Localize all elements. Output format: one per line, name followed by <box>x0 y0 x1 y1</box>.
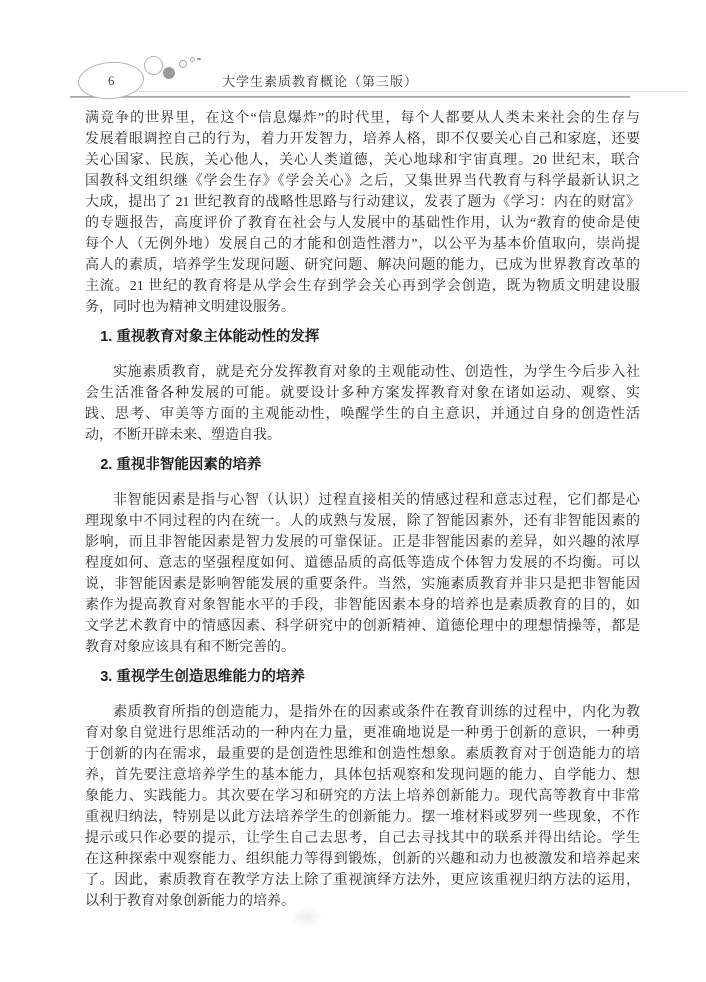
bubble-icon <box>144 56 163 75</box>
bubble-icon <box>190 57 195 62</box>
page-number: 6 <box>108 73 115 89</box>
text-line: 养，首先要注意培养学生的基本能力，具体包括观察和发现问题的能力、自学能力、想 <box>85 765 640 786</box>
paragraph: 满竞争的世界里，在这个“信息爆炸”的时代里，每个人都要从人类未来社会的生存与发展… <box>85 108 640 318</box>
text-line: 非智能因素是指与心智（认识）过程直接相关的情感过程和意志过程，它们都是心 <box>85 490 640 511</box>
text-line: 育对象自觉进行思维活动的一种内在力量，更准确地说是一种勇于创新的意识，一种勇 <box>85 723 640 744</box>
text-line: 务，同时也为精神文明建设服务。 <box>85 297 640 318</box>
scan-smudge <box>290 906 324 928</box>
text-line: 影响，而且非智能因素是智力发展的可靠保证。正是非智能因素的差异，如兴趣的浓厚 <box>85 532 640 553</box>
text-line: 会生活准备各种发展的可能。就要设计多种方案发挥教育对象在诸如运动、观察、实 <box>85 383 640 404</box>
text-line: 文学艺术教育中的情感因素、科学研究中的创新精神、道德伦理中的理想情操等，都是 <box>85 616 640 637</box>
text-line: 了。因此，素质教育在教学方法上除了重视演绎方法外，更应该重视归纳方法的运用， <box>85 870 640 891</box>
dotted-rule <box>122 91 688 92</box>
text-line: 主流。21 世纪的教育将是从学会生存到学会关心再到学会创造，既为物质文明建设服 <box>85 276 640 297</box>
text-line: 重视归纳法，特别是以此方法培养学生的创新能力。摆一堆材料或罗列一些现象，不作 <box>85 807 640 828</box>
text-line: 践、思考、审美等方面的主观能动性，唤醒学生的自主意识，并通过自身的创造性活 <box>85 404 640 425</box>
bubble-icon <box>163 67 175 79</box>
section-heading: 1. 重视教育对象主体能动性的发挥 <box>85 326 640 348</box>
solid-rule <box>70 96 630 98</box>
section-heading: 3. 重视学生创造思维能力的培养 <box>85 666 640 688</box>
text-line: 说，非智能因素是影响智能发展的重要条件。当然，实施素质教育并非只是把非智能因 <box>85 574 640 595</box>
text-line: 每个人（无例外地）发展自己的才能和创造性潜力”，以公平为基本价值取向，崇尚提 <box>85 234 640 255</box>
text-line: 提示或只作必要的提示，让学生自己去思考，自己去寻找其中的联系并得出结论。学生 <box>85 828 640 849</box>
paragraph: 素质教育所指的创造能力，是指外在的因素或条件在教育训练的过程中，内化为教育对象自… <box>85 702 640 912</box>
text-line: 理现象中不同过程的内在统一。人的成熟与发展，除了智能因素外，还有非智能因素的 <box>85 511 640 532</box>
book-page: 6 大学生素质教育概论（第三版） 满竞争的世界里，在这个“信息爆炸”的时代里，每… <box>0 0 706 982</box>
text-line: 国教科文组织继《学会生存》《学会关心》之后，又集世界当代教育与科学最新认识之 <box>85 171 640 192</box>
paragraph: 实施素质教育，就是充分发挥教育对象的主观能动性、创造性，为学生今后步入社会生活准… <box>85 362 640 446</box>
text-line: 素质教育所指的创造能力，是指外在的因素或条件在教育训练的过程中，内化为教 <box>85 702 640 723</box>
text-line: 素作为提高教育对象智能水平的手段，非智能因素本身的培养也是素质教育的目的，如 <box>85 595 640 616</box>
section-heading: 2. 重视非智能因素的培养 <box>85 454 640 476</box>
bubble-icon <box>179 60 187 68</box>
text-line: 大成，提出了 21 世纪教育的战略性思路与行动建议，发表了题为《学习：内在的财富… <box>85 192 640 213</box>
bubble-icon <box>197 58 201 60</box>
text-line: 的专题报告，高度评价了教育在社会与人发展中的基础性作用，认为“教育的使命是使 <box>85 213 640 234</box>
text-line: 于创新的内在需求，最重要的是创造性思维和创造性想象。素质教育对于创造能力的培 <box>85 744 640 765</box>
text-line: 在这种探索中观察能力、组织能力等得到锻炼，创新的兴趣和动力也被激发和培养起来 <box>85 849 640 870</box>
text-line: 实施素质教育，就是充分发挥教育对象的主观能动性、创造性，为学生今后步入社 <box>85 362 640 383</box>
page-content: 满竞争的世界里，在这个“信息爆炸”的时代里，每个人都要从人类未来社会的生存与发展… <box>85 108 640 912</box>
text-line: 动，不断开辟未来、塑造自我。 <box>85 425 640 446</box>
text-line: 以利于教育对象创新能力的培养。 <box>85 891 640 912</box>
text-line: 教育对象应该具有和不断完善的。 <box>85 637 640 658</box>
text-line: 发展着眼调控自己的行为，着力开发智力，培养人格，即不仅要关心自己和家庭，还要 <box>85 129 640 150</box>
text-line: 满竞争的世界里，在这个“信息爆炸”的时代里，每个人都要从人类未来社会的生存与 <box>85 108 640 129</box>
text-line: 关心国家、民族，关心他人，关心人类道德，关心地球和宇宙真理。20 世纪末，联合 <box>85 150 640 171</box>
text-line: 程度如何、意志的坚强程度如何、道德品质的高低等造成个体智力发展的不均衡。可以 <box>85 553 640 574</box>
text-line: 高人的素质，培养学生发现问题、研究问题、解决问题的能力，已成为世界教育改革的 <box>85 255 640 276</box>
text-line: 象能力、实践能力。其次要在学习和研究的方法上培养创新能力。现代高等教育中非常 <box>85 786 640 807</box>
paragraph: 非智能因素是指与心智（认识）过程直接相关的情感过程和意志过程，它们都是心理现象中… <box>85 490 640 658</box>
